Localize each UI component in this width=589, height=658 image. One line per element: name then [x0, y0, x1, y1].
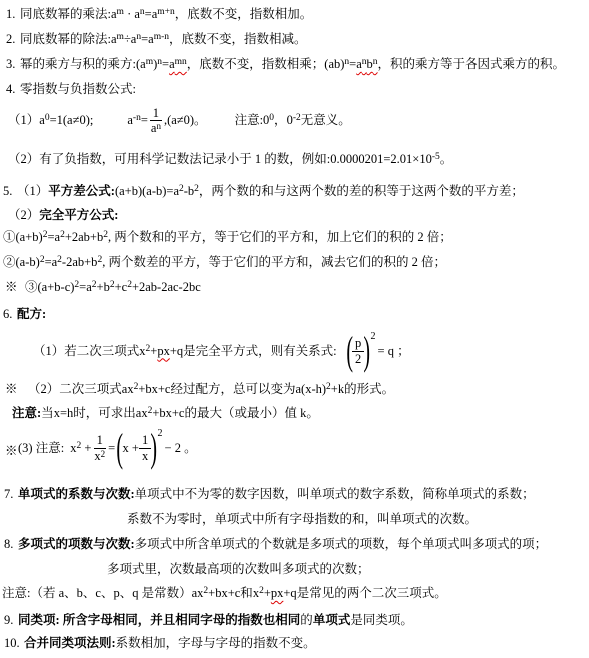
formula: (a+b)2=a2+2ab+b2 — [16, 229, 108, 246]
formula: = q ； — [378, 343, 410, 360]
line-content: 系数不为零时，单项式中所有字母指数的和，叫单项式的次数。 — [127, 511, 477, 528]
close-paren-glyph: ) — [151, 431, 158, 465]
fraction-denominator: x2 — [91, 449, 108, 463]
text-run: （1） — [17, 183, 48, 200]
superscript: -5 — [432, 152, 440, 162]
formula: = — [108, 440, 115, 457]
formula: x + — [123, 440, 139, 457]
text-run: ② — [3, 254, 16, 271]
formula: (a+b)(a-b)=a2-b2 — [115, 183, 199, 200]
math-text: ,(a≠0)。 — [164, 113, 207, 127]
formula: a0=1(a≠0); — [39, 112, 93, 129]
formula: x2+ — [139, 343, 157, 360]
math-text: px — [271, 586, 284, 600]
text-run: , 两个数和的平方，等于它们的平方和，加上它们的积的 2 倍； — [108, 229, 452, 246]
fraction-numerator: 1 — [150, 106, 162, 121]
math-text: =a — [145, 7, 158, 21]
fraction: 1an — [148, 106, 164, 136]
formula: am÷an=am-n — [111, 31, 169, 48]
math-text: ax — [192, 586, 204, 600]
text-run: ③ — [25, 279, 38, 296]
superscript: mn — [175, 57, 187, 67]
text-run: 是完全平方式，则有关系式: — [183, 343, 336, 360]
fraction: 1x2 — [91, 433, 108, 463]
spacer — [93, 120, 127, 121]
text-run: 。 — [440, 151, 453, 168]
math-text: (a+b)(a-b)=a — [115, 184, 179, 198]
close-paren-glyph: ) — [364, 334, 371, 368]
line-content: 配方: — [17, 306, 46, 323]
math-text: =a — [79, 280, 92, 294]
math-text: = q ； — [378, 344, 410, 358]
text-run: 是同类项。 — [350, 612, 413, 629]
line-content: （1）平方差公式: (a+b)(a-b)=a2-b2，两个数的和与这两个数的差的… — [17, 183, 524, 200]
bold-text-run: 同类项: 所含字母相同，并且相同字母的指数也相同 — [18, 612, 300, 629]
math-text: +2ab+b — [65, 230, 103, 244]
superscript: m — [117, 32, 124, 42]
formula: (a-b)2=a2-2ab+b2 — [16, 254, 103, 271]
formula: ax2+bx+c — [136, 405, 185, 422]
formula: (a+b-c)2=a2+b2+c2+2ab-2ac-2bc — [38, 279, 201, 296]
math-text: =a — [141, 32, 154, 46]
line-content: （2）完全平方公式: — [8, 207, 118, 224]
line-content: 零指数与负指数公式: — [20, 81, 136, 98]
math-text: +2ab-2ac-2bc — [132, 280, 201, 294]
paren-superscript: 2 — [371, 332, 376, 342]
superscript: m+n — [157, 7, 175, 17]
list-marker: 2. — [6, 31, 15, 48]
math-text: ax — [136, 406, 148, 420]
list-marker: 3. — [6, 56, 15, 73]
superscript: -2 — [293, 113, 301, 123]
math-text: +c — [115, 280, 128, 294]
line-content: （2）二次三项式 ax2+bx+c 经过配方，总可以变为 a(x-h)2+k 的… — [28, 381, 394, 398]
text-run: （2） — [8, 207, 39, 224]
math-text: ax — [122, 382, 134, 396]
text-run: , 两个数差的平方，等于它们的平方和，减去它们的积的 2 倍； — [102, 254, 446, 271]
math-text: = — [141, 113, 148, 127]
math-text: (a+b-c) — [38, 280, 75, 294]
text-run: 多项式里，次数最高项的次数叫多项式的次数； — [107, 561, 370, 578]
formula: ax2+bx+c — [122, 381, 171, 398]
open-paren-glyph: ( — [117, 431, 124, 465]
math-text: +bx+c — [208, 586, 240, 600]
math-text: +q — [170, 344, 183, 358]
formula: 0-2 — [287, 112, 301, 129]
fraction-denominator: an — [148, 121, 164, 135]
text-run: 系数不为零时，单项式中所有字母指数的和，叫单项式的次数。 — [127, 511, 477, 528]
bold-text-run: 平方差公式: — [48, 183, 115, 200]
bold-text-run: 配方: — [17, 306, 46, 323]
line-content: 同底数幂的乘法: am · an=am+n ，底数不变，指数相加。 — [20, 6, 312, 23]
formula: − 2 。 — [165, 440, 197, 457]
text-run: ，底数不变，指数相减。 — [169, 31, 307, 48]
text-run: 无意义。 — [301, 112, 351, 129]
line-content: 同底数幂的除法: am÷an=am-n ，底数不变，指数相减。 — [20, 31, 307, 48]
text-run: 同底数幂的除法: — [20, 31, 111, 48]
open-paren-glyph: ( — [346, 334, 353, 368]
math-text: (a+b) — [16, 230, 43, 244]
math-text: = — [162, 57, 169, 71]
math-text: + — [81, 441, 91, 455]
line-content: 多项式的项数与次数: 多项式中所含单项式的个数就是多项式的项数，每个单项式叫多项… — [18, 536, 547, 553]
list-marker: 8. — [4, 536, 13, 553]
parenthesized-expression: (x + 1x)2 — [117, 431, 162, 465]
line-content: 多项式里，次数最高项的次数叫多项式的次数； — [107, 561, 370, 578]
formula: am · an=am+n — [111, 6, 175, 23]
text-run: ，底数不变，指数相乘； — [187, 56, 325, 73]
superscript: -n — [133, 113, 141, 123]
list-marker: 10. — [4, 635, 20, 652]
fraction-numerator: 1 — [94, 433, 106, 448]
math-text: (a-b) — [16, 255, 40, 269]
text-run: 系数相加，字母与字母的指数不变。 — [116, 635, 316, 652]
formula: x2+ — [253, 585, 271, 602]
text-run: ，两个数的和与这两个数的差的积等于这两个数的平方差； — [199, 183, 524, 200]
bold-text-run: 完全平方公式: — [39, 207, 118, 224]
text-run: 零指数与负指数公式: — [20, 81, 136, 98]
math-text: = — [108, 441, 115, 455]
document-page: 1.同底数幂的乘法: am · an=am+n ，底数不变，指数相加。2.同底数… — [0, 0, 589, 658]
text-run: 的形式。 — [344, 381, 394, 398]
math-text: (a — [136, 57, 146, 71]
parenthesized-expression: (p2)2 — [347, 334, 376, 368]
paren-superscript: 2 — [158, 429, 163, 439]
text-run: 注意:（若 a、b、c、p、q 是常数） — [2, 585, 192, 602]
math-text: p — [355, 336, 361, 350]
line-content: 单项式的系数与次数: 单项式中不为零的数字因数，叫单项式的数字系数，简称单项式的… — [18, 486, 535, 503]
text-run: 的 — [300, 612, 313, 629]
formula: a-n= — [127, 112, 148, 129]
spacer — [207, 120, 235, 121]
math-text: 0.0000201=2.01×10 — [330, 152, 432, 166]
list-marker: 4. — [6, 81, 15, 98]
superscript: 2 — [101, 449, 106, 459]
math-text: px — [157, 344, 170, 358]
math-text: +q — [283, 586, 296, 600]
math-text: x — [142, 449, 148, 463]
list-marker: 7. — [4, 486, 13, 503]
formula: 0.0000201=2.01×10-5 — [330, 151, 440, 168]
math-text: (ab) — [324, 57, 344, 71]
line-content: （1）a0=1(a≠0);a-n=1an,(a≠0)。注意: 00， 0-2无意… — [8, 106, 351, 136]
line-content: ② (a-b)2=a2-2ab+b2 , 两个数差的平方，等于它们的平方和，减去… — [3, 254, 446, 271]
text-run: （1）若二次三项式 — [33, 343, 139, 360]
math-text: =a — [47, 230, 60, 244]
math-text: =a — [45, 255, 58, 269]
math-text: = — [349, 57, 356, 71]
formula-spellcheck-underline: amn — [169, 56, 187, 73]
text-run: 幂的乘方与积的乘方: — [20, 56, 136, 73]
line-content: ① (a+b)2=a2+2ab+b2, 两个数和的平方，等于它们的平方和，加上它… — [3, 229, 452, 246]
math-text: +bx+c — [138, 382, 170, 396]
formula-spellcheck-underline: px — [157, 343, 170, 360]
list-marker: 9. — [4, 612, 13, 629]
superscript: m-n — [154, 32, 169, 42]
formula: ax2+bx+c — [192, 585, 241, 602]
text-run: 是常见的两个二次三项式。 — [297, 585, 447, 602]
math-text: x + — [123, 441, 139, 455]
text-run: (3) 注意: — [18, 440, 64, 457]
formula: x2 + — [70, 440, 91, 457]
text-run: 单项式中不为零的数字因数，叫单项式的数字系数，简称单项式的系数； — [135, 486, 535, 503]
math-text: +bx+c — [152, 406, 184, 420]
text-run: ① — [3, 229, 16, 246]
list-marker: 6. — [3, 306, 12, 323]
formula: ,(a≠0)。 — [164, 112, 207, 129]
list-marker: ※ — [5, 381, 18, 398]
math-text: x=h — [54, 406, 74, 420]
spacer — [337, 351, 345, 352]
text-run: 和 — [240, 585, 253, 602]
math-text: +k — [331, 382, 344, 396]
list-marker: 5. — [3, 183, 12, 200]
superscript: m — [146, 57, 153, 67]
formula: +q — [283, 585, 296, 602]
list-marker: ※ — [5, 443, 18, 460]
math-text: · a — [124, 7, 140, 21]
text-run: 的最大（或最小）值 k。 — [184, 405, 318, 422]
text-run: ， — [274, 112, 287, 129]
text-run: 同底数幂的乘法: — [20, 6, 111, 23]
formula-spellcheck-underline: px — [271, 585, 284, 602]
math-text: ÷a — [124, 32, 136, 46]
text-run: （1） — [8, 112, 39, 129]
formula: +q — [170, 343, 183, 360]
math-text: a(x-h) — [296, 382, 327, 396]
math-text: +b — [97, 280, 110, 294]
math-text: + — [264, 586, 271, 600]
list-marker: 1. — [6, 6, 15, 23]
formula: 00 — [263, 112, 274, 129]
math-text: -b — [184, 184, 194, 198]
line-content: 注意: 当 x=h 时，可求出 ax2+bx+c 的最大（或最小）值 k。 — [12, 405, 319, 422]
text-run: 时，可求出 — [73, 405, 136, 422]
superscript: m — [117, 7, 124, 17]
text-run: ，底数不变，指数相加。 — [175, 6, 313, 23]
line-content: (3) 注意: x2 + 1x2 = (x + 1x)2 − 2 。 — [18, 431, 197, 465]
bold-text-run: 多项式的项数与次数: — [18, 536, 135, 553]
math-text: 1 — [142, 433, 148, 447]
formula: (am)n= — [136, 56, 169, 73]
superscript: n — [156, 121, 161, 131]
text-run: ，积的乘方等于各因式乘方的积。 — [378, 56, 566, 73]
math-text: − 2 。 — [165, 441, 197, 455]
bold-text-run: 单项式的系数与次数: — [18, 486, 135, 503]
line-content: （2）有了负指数，可用科学记数法记录小于 1 的数，例如: 0.0000201=… — [8, 151, 452, 168]
paren-content: x + 1x — [123, 433, 152, 463]
formula: x=h — [54, 405, 74, 422]
line-content: 幂的乘方与积的乘方: (am)n=amn ，底数不变，指数相乘； (ab)n=a… — [20, 56, 565, 73]
text-run: 注意: — [235, 112, 263, 129]
line-content: 同类项: 所含字母相同，并且相同字母的指数也相同的单项式是同类项。 — [18, 612, 413, 629]
math-text: 2 — [355, 352, 361, 366]
line-content: ③ (a+b-c)2=a2+b2+c2+2ab-2ac-2bc — [25, 279, 201, 296]
bold-text-run: 合并同类项法则: — [24, 635, 116, 652]
line-content: 合并同类项法则: 系数相加，字母与字母的指数不变。 — [24, 635, 316, 652]
text-run: （2）二次三项式 — [28, 381, 122, 398]
text-run: 经过配方，总可以变为 — [170, 381, 295, 398]
bold-text-run: 单项式 — [313, 612, 351, 629]
math-text: =1(a≠0); — [50, 113, 94, 127]
line-content: 注意:（若 a、b、c、p、q 是常数）ax2+bx+c 和 x2+px+q 是… — [2, 585, 447, 602]
math-text: -2ab+b — [62, 255, 98, 269]
list-marker: ※ — [5, 279, 18, 296]
text-run: 当 — [41, 405, 54, 422]
math-text: + — [150, 344, 157, 358]
bold-text-run: 注意: — [12, 405, 41, 422]
formula: a(x-h)2+k — [296, 381, 345, 398]
line-content: （1）若二次三项式 x2+px+q 是完全平方式，则有关系式: (p2)2 = … — [33, 334, 410, 368]
text-run: 多项式中所含单项式的个数就是多项式的项数，每个单项式叫多项式的项； — [135, 536, 548, 553]
formula: (ab)n= — [324, 56, 356, 73]
formula-spellcheck-underline: anbn — [356, 56, 377, 73]
math-text: 1 — [97, 433, 103, 447]
text-run: （2）有了负指数，可用科学记数法记录小于 1 的数，例如: — [8, 151, 330, 168]
math-text: 1 — [153, 106, 159, 120]
